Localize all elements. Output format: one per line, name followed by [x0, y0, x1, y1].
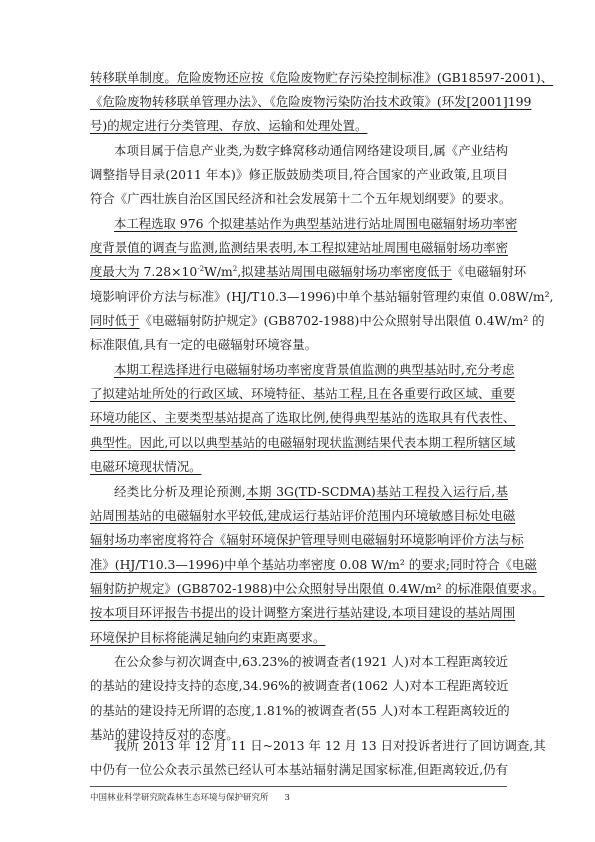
- line-11: 同时低于《电磁辐射防护规定》(GB8702-1988)中公众照射导出限值 0.4…: [90, 313, 508, 329]
- line-23: 按本项目环评报告书提出的设计调整方案进行基站建设,本项目建设的基站周围: [90, 605, 508, 621]
- line-8: 度背景值的调查与监测,监测结果表明,本工程拟建站址周围电磁辐射场功率密: [90, 240, 508, 256]
- line-13: 本期工程选择进行电磁辐射场功率密度背景值监测的典型基站时,充分考虑: [114, 362, 508, 378]
- line-16: 典型性。因此,可以以典型基站的电磁辐射现状监测结果代表本期工程所辖区域: [90, 435, 508, 451]
- line-18-plain: 经类比分析及理论预测,: [114, 484, 246, 499]
- line-14: 了拟建站址所处的行政区域、环境特征、基站工程,且在各重要行政区域、重要: [90, 386, 508, 402]
- line-29: 我所 2013 年 12 月 11 日~2013 年 12 月 13 日对投诉者…: [114, 738, 508, 754]
- line-12: 标准限值,具有一定的电磁辐射环境容量。: [90, 337, 508, 353]
- line-3: 号)的规定进行分类管理、存放、运输和处理处置。: [90, 118, 508, 134]
- page-footer: 中国林业科学研究院森林生态环境与保护研究所3: [90, 793, 290, 804]
- document-page: 转移联单制度。危险废物还应按《危险废物贮存污染控制标准》(GB18597-200…: [0, 0, 595, 842]
- line-2: 《危险废物转移联单管理办法》、《危险废物污染防治技术政策》(环发[2001]19…: [90, 94, 508, 110]
- line-9-underlined: 度最大为 7.28×10-2W/m2,拟建基站周围电磁辐射场功率密度低于: [90, 264, 452, 279]
- line-15: 环境功能区、主要类型基站提高了选取比例,使得典型基站的选取具有代表性、: [90, 410, 508, 426]
- line-20: 辐射场功率密度将符合《辐射环境保护管理导则电磁辐射环境影响评价方法与标: [90, 532, 508, 548]
- footer-institution: 中国林业科学研究院森林生态环境与保护研究所: [90, 793, 269, 803]
- footer-divider: [90, 786, 507, 787]
- line-6: 符合《广西壮族自治区国民经济和社会发展第十二个五年规划纲要》的要求。: [90, 191, 508, 207]
- line-22: 辐射防护规定》(GB8702-1988)中公众照射导出限值 0.4W/m² 的标…: [90, 581, 508, 597]
- line-9-rest: 《电磁辐射环: [452, 264, 526, 279]
- line-3-text: 号)的规定进行分类管理、存放、运输和处理处置。: [90, 118, 367, 133]
- page-number: 3: [285, 793, 290, 803]
- line-26: 的基站的建设持支持的态度,34.96%的被调查者(1062 人)对本工程距离较近: [90, 678, 508, 694]
- line-18: 经类比分析及理论预测,本期 3G(TD-SCDMA)基站工程投入运行后,基: [114, 484, 508, 500]
- power-density-prefix: 度最大为 7.28×10: [90, 264, 197, 279]
- line-18-underlined: 本期 3G(TD-SCDMA)基站工程投入运行后,基: [246, 484, 508, 499]
- line-21: 准》(HJ/T10.3—1996)中单个基站功率密度 0.08 W/m² 的要求…: [90, 557, 508, 573]
- line-9: 度最大为 7.28×10-2W/m2,拟建基站周围电磁辐射场功率密度低于《电磁辐…: [90, 264, 508, 280]
- line-17: 电磁环境现状情况。: [90, 459, 508, 475]
- line-9-underlined-tail: ,拟建基站周围电磁辐射场功率密度低于: [237, 264, 452, 279]
- line-11-rest: 《电磁辐射防护规定》(GB8702-1988)中公众照射导出限值 0.4W/m²…: [140, 313, 545, 328]
- line-27: 的基站的建设持无所谓的态度,1.81%的被调查者(55 人)对本工程距离较近的: [90, 703, 508, 719]
- line-19: 站周围基站的电磁辐射水平较低,建成运行基站评价范围内环境敏感目标处电磁: [90, 508, 508, 524]
- line-10: 境影响评价方法与标准》(HJ/T10.3—1996)中单个基站辐射管理约束值 0…: [90, 289, 508, 305]
- line-4: 本项目属于信息产业类,为数字蜂窝移动通信网络建设项目,属《产业结构: [114, 143, 508, 159]
- line-7: 本工程选取 976 个拟建基站作为典型基站进行站址周围电磁辐射场功率密: [114, 216, 508, 232]
- line-24-text: 环境保护目标将能满足轴向约束距离要求。: [90, 630, 325, 645]
- unit: W/m: [204, 264, 233, 279]
- line-25: 在公众参与初次调查中,63.23%的被调查者(1921 人)对本工程距离较近: [114, 654, 508, 670]
- line-17-text: 电磁环境现状情况。: [90, 459, 202, 474]
- line-24: 环境保护目标将能满足轴向约束距离要求。: [90, 630, 508, 646]
- line-5: 调整指导目录(2011 年本)》修正版鼓励类项目,符合国家的产业政策,且项目: [90, 167, 508, 183]
- line-1: 转移联单制度。危险废物还应按《危险废物贮存污染控制标准》(GB18597-200…: [90, 70, 508, 86]
- line-11-underlined: 同时低于: [90, 313, 140, 328]
- line-30: 中仍有一位公众表示虽然已经认可本基站辐射满足国家标准,但距离较近,仍有: [90, 762, 508, 778]
